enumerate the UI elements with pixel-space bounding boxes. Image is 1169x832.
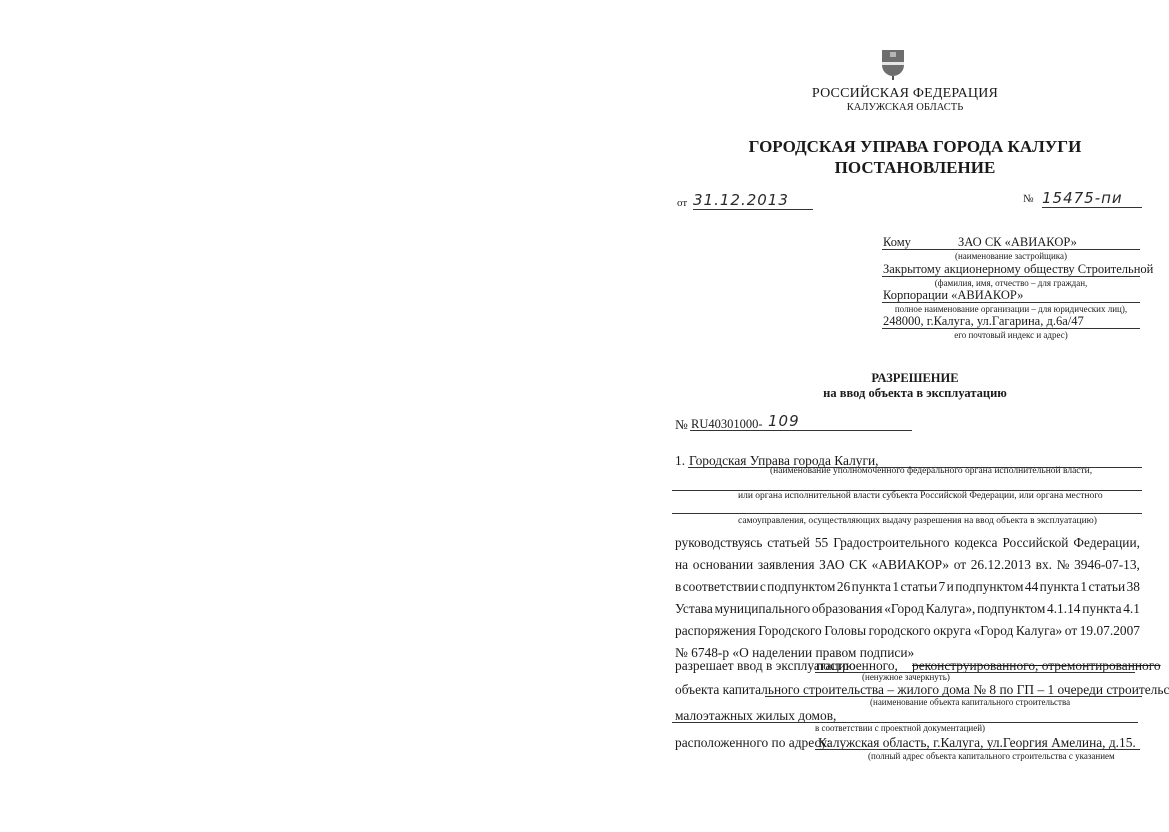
recipient-caption: (фамилия, имя, отчество – для граждан, bbox=[882, 278, 1140, 288]
authority-title: ГОРОДСКАЯ УПРАВА ГОРОДА КАЛУГИ bbox=[670, 137, 1160, 157]
paragraph-line: Уставамуниципальногообразования«ГородКал… bbox=[675, 601, 1140, 617]
paragraph-line: руководствуясьстатьей55Градостроительног… bbox=[675, 535, 1140, 551]
paragraph-line: распоряженияГородскогоГоловыгородскогоок… bbox=[675, 623, 1140, 639]
paragraph-line: всоответствиисподпунктом26пункта1статьи7… bbox=[675, 579, 1140, 595]
recipient-caption: (наименование застройщика) bbox=[882, 251, 1140, 261]
address-caption: (полный адрес объекта капитального строи… bbox=[868, 751, 1115, 761]
authority-caption: или органа исполнительной власти субъект… bbox=[738, 491, 1103, 501]
recipient-line: Корпорации «АВИАКОР» bbox=[883, 288, 1023, 303]
recipient-caption: его почтовый индекс и адрес) bbox=[882, 330, 1140, 340]
to-value: ЗАО СК «АВИАКОР» bbox=[958, 235, 1077, 250]
document-type-title: ПОСТАНОВЛЕНИЕ bbox=[670, 158, 1160, 178]
coat-of-arms-icon bbox=[882, 50, 904, 80]
strike-caption: (ненужное зачеркнуть) bbox=[862, 672, 950, 682]
project-caption: в соответствии с проектной документацией… bbox=[815, 723, 985, 733]
permit-number-label: № bbox=[675, 417, 688, 433]
date-value: 31.12.2013 bbox=[693, 191, 813, 210]
address-label: расположенного по адресу: bbox=[675, 735, 831, 751]
item-number: 1. bbox=[675, 453, 685, 469]
country-heading: РОССИЙСКАЯ ФЕДЕРАЦИЯ bbox=[780, 86, 1030, 102]
date-label: от bbox=[677, 197, 687, 209]
to-label: Кому bbox=[883, 235, 911, 250]
recipient-caption: полное наименование организации – для юр… bbox=[882, 304, 1140, 314]
permit-subtitle: на ввод объекта в эксплуатацию bbox=[670, 386, 1160, 401]
paragraph-line: наоснованиизаявленияЗАОСК«АВИАКОР»от26.1… bbox=[675, 557, 1140, 573]
authority-caption: (наименование уполномоченного федерально… bbox=[770, 466, 1092, 476]
recipient-address: 248000, г.Калуга, ул.Гагарина, д.6а/47 bbox=[883, 314, 1084, 329]
authority-caption: самоуправления, осуществляющих выдачу ра… bbox=[738, 516, 1097, 526]
recipient-line: Закрытому акционерному обществу Строител… bbox=[883, 262, 1153, 277]
object-caption: (наименование объекта капитального строи… bbox=[870, 697, 1070, 707]
permit-number-value: 109 bbox=[768, 412, 800, 430]
permit-title: РАЗРЕШЕНИЕ bbox=[670, 371, 1160, 386]
region-heading: КАЛУЖСКАЯ ОБЛАСТЬ bbox=[780, 102, 1030, 113]
decree-number-value: 15475-пи bbox=[1042, 189, 1142, 208]
decree-number-label: № bbox=[1023, 193, 1034, 205]
